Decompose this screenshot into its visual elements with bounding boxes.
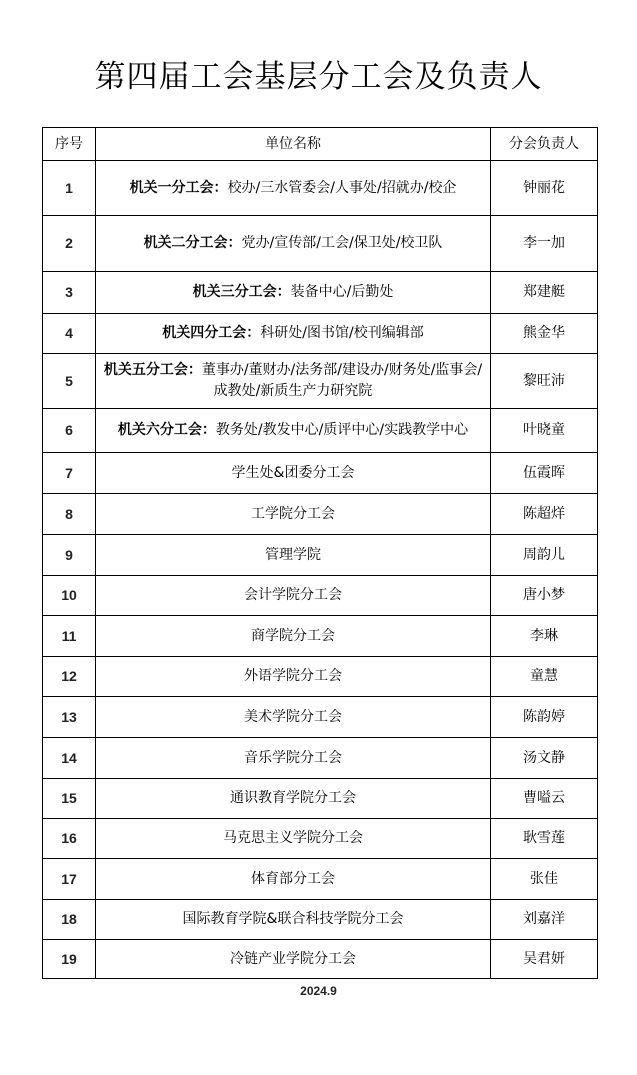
row-head: 叶晓童: [491, 409, 598, 453]
row-unit: 机关五分工会：董事办/董财办/法务部/建设办/财务处/监事会/成教处/新质生产力…: [96, 354, 491, 409]
row-head: 张佳: [491, 859, 598, 900]
document-title: 第四届工会基层分工会及负责人: [0, 55, 637, 99]
table-row: 5 机关五分工会：董事办/董财办/法务部/建设办/财务处/监事会/成教处/新质生…: [43, 354, 598, 409]
row-no: 12: [43, 657, 96, 697]
row-head: 周韵儿: [491, 535, 598, 576]
row-unit: 机关一分工会：校办/三水管委会/人事处/招就办/校企: [96, 161, 491, 216]
row-unit: 工学院分工会: [96, 494, 491, 535]
table-row: 8 工学院分工会 陈超烊: [43, 494, 598, 535]
row-head: 童慧: [491, 657, 598, 697]
row-unit: 美术学院分工会: [96, 697, 491, 738]
unit-departments: 董事办/董财办/法务部/建设办/财务处/监事会/成教处/新质生产力研究院: [202, 362, 482, 399]
table-header-row: 序号 单位名称 分会负责人: [43, 128, 598, 161]
table-row: 9 管理学院 周韵儿: [43, 535, 598, 576]
row-no: 8: [43, 494, 96, 535]
unit-label: 机关二分工会：: [144, 235, 242, 251]
unit-departments: 科研处/图书馆/校刊编辑部: [260, 325, 423, 341]
row-unit: 会计学院分工会: [96, 576, 491, 616]
unit-label: 机关五分工会：: [104, 362, 202, 378]
row-no: 5: [43, 354, 96, 409]
header-no: 序号: [43, 128, 96, 161]
table-row: 13 美术学院分工会 陈韵婷: [43, 697, 598, 738]
unit-label: 机关四分工会：: [162, 325, 260, 341]
row-head: 陈超烊: [491, 494, 598, 535]
unit-departments: 校办/三水管委会/人事处/招就办/校企: [228, 180, 457, 196]
row-no: 2: [43, 216, 96, 272]
row-unit: 体育部分工会: [96, 859, 491, 900]
unit-departments: 教务处/教发中心/质评中心/实践教学中心: [216, 422, 468, 438]
header-head: 分会负责人: [491, 128, 598, 161]
unit-departments: 党办/宣传部/工会/保卫处/校卫队: [242, 235, 443, 251]
table-row: 11 商学院分工会 李琳: [43, 616, 598, 657]
table-row: 15 通识教育学院分工会 曹嗌云: [43, 779, 598, 819]
row-head: 郑建艇: [491, 272, 598, 314]
row-head: 曹嗌云: [491, 779, 598, 819]
table-row: 18 国际教育学院&联合科技学院分工会 刘嘉洋: [43, 900, 598, 940]
row-unit: 国际教育学院&联合科技学院分工会: [96, 900, 491, 940]
row-no: 11: [43, 616, 96, 657]
row-no: 6: [43, 409, 96, 453]
row-head: 李一加: [491, 216, 598, 272]
row-head: 伍霞晖: [491, 453, 598, 494]
row-unit: 机关四分工会：科研处/图书馆/校刊编辑部: [96, 314, 491, 354]
row-head: 耿雪莲: [491, 819, 598, 859]
row-unit: 冷链产业学院分工会: [96, 940, 491, 979]
table-row: 14 音乐学院分工会 汤文静: [43, 738, 598, 779]
row-unit: 机关二分工会：党办/宣传部/工会/保卫处/校卫队: [96, 216, 491, 272]
row-head: 刘嘉洋: [491, 900, 598, 940]
row-unit: 外语学院分工会: [96, 657, 491, 697]
unit-label: 机关六分工会：: [118, 422, 216, 438]
row-head: 吴君妍: [491, 940, 598, 979]
row-unit: 机关六分工会：教务处/教发中心/质评中心/实践教学中心: [96, 409, 491, 453]
table-row: 17 体育部分工会 张佳: [43, 859, 598, 900]
row-unit: 管理学院: [96, 535, 491, 576]
row-head: 汤文静: [491, 738, 598, 779]
row-no: 3: [43, 272, 96, 314]
row-no: 16: [43, 819, 96, 859]
table-row: 1 机关一分工会：校办/三水管委会/人事处/招就办/校企 钟丽花: [43, 161, 598, 216]
table-row: 10 会计学院分工会 唐小梦: [43, 576, 598, 616]
union-roster-table: 序号 单位名称 分会负责人 1 机关一分工会：校办/三水管委会/人事处/招就办/…: [42, 127, 598, 979]
table-row: 6 机关六分工会：教务处/教发中心/质评中心/实践教学中心 叶晓童: [43, 409, 598, 453]
row-head: 黎旺沛: [491, 354, 598, 409]
header-unit: 单位名称: [96, 128, 491, 161]
table-row: 12 外语学院分工会 童慧: [43, 657, 598, 697]
row-no: 13: [43, 697, 96, 738]
row-unit: 音乐学院分工会: [96, 738, 491, 779]
unit-label: 机关一分工会：: [130, 180, 228, 196]
row-no: 17: [43, 859, 96, 900]
unit-departments: 装备中心/后勤处: [291, 284, 394, 300]
row-unit: 马克思主义学院分工会: [96, 819, 491, 859]
row-head: 唐小梦: [491, 576, 598, 616]
table-row: 2 机关二分工会：党办/宣传部/工会/保卫处/校卫队 李一加: [43, 216, 598, 272]
row-no: 15: [43, 779, 96, 819]
row-no: 7: [43, 453, 96, 494]
row-no: 4: [43, 314, 96, 354]
unit-label: 机关三分工会：: [193, 284, 291, 300]
table-row: 19 冷链产业学院分工会 吴君妍: [43, 940, 598, 979]
footer-date: 2024.9: [0, 984, 637, 998]
row-unit: 学生处&团委分工会: [96, 453, 491, 494]
row-no: 14: [43, 738, 96, 779]
row-head: 熊金华: [491, 314, 598, 354]
table-row: 4 机关四分工会：科研处/图书馆/校刊编辑部 熊金华: [43, 314, 598, 354]
row-unit: 商学院分工会: [96, 616, 491, 657]
table-row: 16 马克思主义学院分工会 耿雪莲: [43, 819, 598, 859]
row-no: 1: [43, 161, 96, 216]
row-head: 李琳: [491, 616, 598, 657]
row-no: 9: [43, 535, 96, 576]
row-head: 钟丽花: [491, 161, 598, 216]
row-head: 陈韵婷: [491, 697, 598, 738]
table-row: 7 学生处&团委分工会 伍霞晖: [43, 453, 598, 494]
row-no: 18: [43, 900, 96, 940]
row-unit: 机关三分工会：装备中心/后勤处: [96, 272, 491, 314]
row-no: 19: [43, 940, 96, 979]
row-no: 10: [43, 576, 96, 616]
row-unit: 通识教育学院分工会: [96, 779, 491, 819]
table-row: 3 机关三分工会：装备中心/后勤处 郑建艇: [43, 272, 598, 314]
